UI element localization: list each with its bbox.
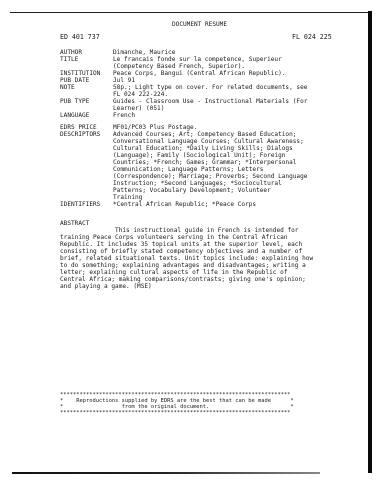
field-value: Dimanche, Maurice [113, 49, 360, 56]
field-label: INSTITUTION [60, 70, 113, 77]
field-label: AUTHOR [60, 49, 113, 56]
value-line: 58p.; Light type on cover. For related d… [113, 84, 360, 91]
value-line: Jul 91 [113, 77, 360, 84]
asterisk-border-bottom: ****************************************… [60, 410, 294, 416]
field-value: MF01/PC03 Plus Postage. [113, 124, 360, 131]
field-label: TITLE [60, 56, 113, 70]
ed-number: ED 401 737 [60, 34, 100, 41]
field-value: French [113, 112, 360, 119]
abstract-line: This instructional guide in French is in… [60, 227, 360, 234]
value-line: Patterns; Vocabulary Development; Volunt… [113, 187, 360, 194]
abstract-line: consisting of briefly stated competency … [60, 248, 360, 255]
abstract-line: and playing a game. (MSE) [60, 283, 360, 290]
field-descriptors: DESCRIPTORS Advanced Courses; Art; Compe… [60, 131, 360, 201]
field-value: Guides - Classroom Use - Instructional M… [113, 98, 360, 112]
field-value: *Central African Republic; *Peace Corps [113, 201, 360, 208]
value-line: (Correspondence); Marriage; Proverbs; Se… [113, 173, 360, 180]
abstract-line: to do something; explaining advantages a… [60, 262, 360, 269]
field-institution: INSTITUTION Peace Corps, Bangui (Central… [60, 70, 360, 77]
document-title: DOCUMENT RESUME [0, 21, 387, 28]
value-line: FL 024 222-224. [113, 91, 360, 98]
field-label: EDRS PRICE [60, 124, 113, 131]
abstract-line: Central Africa; making comparisons/contr… [60, 276, 360, 283]
value-line: Cultural Education; *Daily Living Skills… [113, 145, 360, 152]
fl-number: FL 024 225 [292, 34, 332, 41]
value-line: Instruction; *Second Languages; *Sociocu… [113, 180, 360, 187]
field-label: PUB DATE [60, 77, 113, 84]
abstract-label: ABSTRACT [60, 220, 89, 227]
field-value: Jul 91 [113, 77, 360, 84]
value-line: Peace Corps, Bangui (Central African Rep… [113, 70, 360, 77]
value-line: (Competency Based French, Superior). [113, 63, 360, 70]
field-label: IDENTIFIERS [60, 201, 113, 208]
field-value: Peace Corps, Bangui (Central African Rep… [113, 70, 360, 77]
value-line: Learner) (051) [113, 105, 360, 112]
document-page: DOCUMENT RESUME ED 401 737 FL 024 225 AU… [0, 0, 387, 500]
field-value: Advanced Courses; Art; Competency Based … [113, 131, 360, 201]
value-line: Communication; Language Patterns; Letter… [113, 166, 360, 173]
abstract-line: Republic. It includes 35 topical units a… [60, 241, 360, 248]
field-pub-type: PUB TYPE Guides - Classroom Use - Instru… [60, 98, 360, 112]
value-line: *Central African Republic; *Peace Corps [113, 201, 360, 208]
value-line: Le francais fonde sur la competence, Sup… [113, 56, 360, 63]
field-pub-date: PUB DATE Jul 91 [60, 77, 360, 84]
value-line: (Language); Family (Sociological Unit); … [113, 152, 360, 159]
value-line: MF01/PC03 Plus Postage. [113, 124, 360, 131]
abstract-text: This instructional guide in French is in… [60, 227, 360, 290]
field-value: Le francais fonde sur la competence, Sup… [113, 56, 360, 70]
reproduction-notice: ****************************************… [60, 392, 294, 416]
value-line: Training [113, 194, 360, 201]
value-line: Guides - Classroom Use - Instructional M… [113, 98, 360, 105]
value-line: Countries; *French; Games; Grammar; *Int… [113, 159, 360, 166]
field-identifiers: IDENTIFIERS *Central African Republic; *… [60, 201, 360, 208]
field-language: LANGUAGE French [60, 112, 360, 119]
abstract-line: brief, related situational texts. Unit t… [60, 255, 360, 262]
field-author: AUTHOR Dimanche, Maurice [60, 49, 360, 56]
value-line: Dimanche, Maurice [113, 49, 360, 56]
metadata-fields: AUTHOR Dimanche, Maurice TITLE Le franca… [60, 49, 360, 208]
field-label: NOTE [60, 84, 113, 98]
value-line: French [113, 112, 360, 119]
value-line: Conversational Language Courses; Cultura… [113, 138, 360, 145]
field-title: TITLE Le francais fonde sur la competenc… [60, 56, 360, 70]
field-label: DESCRIPTORS [60, 131, 113, 201]
field-value: 58p.; Light type on cover. For related d… [113, 84, 360, 98]
field-label: PUB TYPE [60, 98, 113, 112]
abstract-line: letter; explaining cultural aspects of l… [60, 269, 360, 276]
abstract-line: training Peace Corps volunteers serving … [60, 234, 360, 241]
field-edrs-price: EDRS PRICE MF01/PC03 Plus Postage. [60, 124, 360, 131]
value-line: Advanced Courses; Art; Competency Based … [113, 131, 360, 138]
field-label: LANGUAGE [60, 112, 113, 119]
field-note: NOTE 58p.; Light type on cover. For rela… [60, 84, 360, 98]
